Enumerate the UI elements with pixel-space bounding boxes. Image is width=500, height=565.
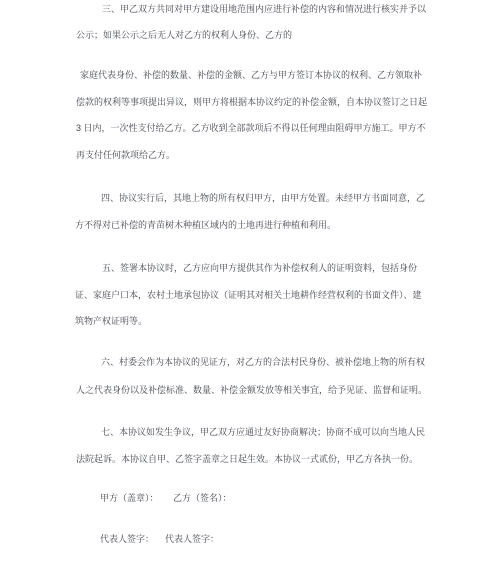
party-a-seal-label: 甲方（盖章）： <box>100 492 159 505</box>
clause-four-line-2: 方不得对已补偿的青苗树木种植区域内的土地再进行种植和利用。 <box>75 219 336 232</box>
party-b-signature-label: 乙方（签名）： <box>173 492 232 505</box>
clause-five-line-2: 证、家庭户口本，农村土地承包协议（证明其对相关土地耕作经营权利的书面文件）、建 <box>75 289 422 302</box>
clause-three-line-1: 三、甲乙双方共同对甲方建设用地范围内应进行补偿的内容和情况进行核实并予以 <box>102 3 426 16</box>
clause-seven-line-2: 法院起诉。本协议自甲、乙签字盖章之日起生效。本协议一式贰份，甲乙方各执一份。 <box>76 453 418 466</box>
rep-a-signature-label: 代表人签字： <box>100 533 154 546</box>
clause-six-line-2: 人之代表身份以及补偿标准、数量、补偿金额发放等相关事宜，给予见证、监督和证明。 <box>76 384 427 397</box>
clause-five-line-1: 五、签署本协议时，乙方应向甲方提供其作为补偿权利人的证明资料，包括身份 <box>102 262 417 275</box>
contract-document-page: 三、甲乙双方共同对甲方建设用地范围内应进行补偿的内容和情况进行核实并予以 公示；… <box>0 0 500 565</box>
clause-four-line-1: 四、协议实行后，其地上物的所有权归甲方，由甲方处置。未经甲方书面同意，乙 <box>101 192 425 205</box>
clause-three-line-6: 再支付任何款项给乙方。 <box>76 149 175 162</box>
clause-seven-line-1: 七、本协议如发生争议，甲乙双方应通过友好协商解决；协商不成可以向当地人民 <box>101 426 425 439</box>
clause-three-line-3: 家庭代表身份、补偿的数量、补偿的金额、乙方与甲方签订本协议的权利、乙方领取补 <box>80 69 422 82</box>
rep-b-signature-label: 代表人签字： <box>165 533 219 546</box>
clause-three-line-5: 3 日内，一次性支付给乙方。乙方收到全部款项后不得以任何理由阻碍甲方施工。甲方不 <box>76 122 426 135</box>
clause-three-line-2: 公示；如果公示之后无人对乙方的权利人身份、乙方的 <box>76 29 292 42</box>
clause-six-line-1: 六、村委会作为本协议的见证方，对乙方的合法村民身份、被补偿地上物的所有权 <box>101 356 425 369</box>
clause-three-line-4: 偿款的权利等事项提出异议，则甲方将根据本协议约定的补偿金额，自本协议签订之日起 <box>76 96 427 109</box>
clause-five-line-3: 筑物产权证明等。 <box>75 315 147 328</box>
